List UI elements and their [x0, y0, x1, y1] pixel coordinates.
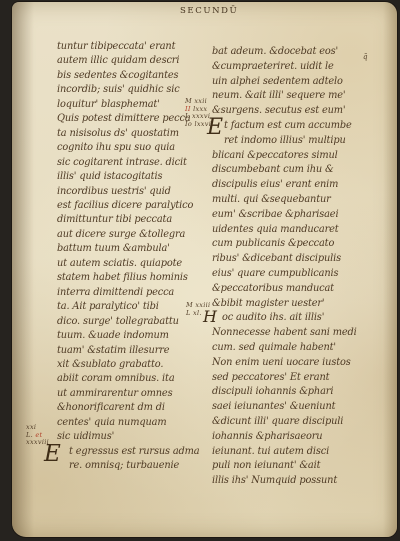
canon-number-line: Io lxxvi [185, 121, 211, 129]
text-line: sic cogitarent intrase. dicit [57, 156, 207, 170]
text-line: dico. surge' tollegrabattu [57, 315, 207, 329]
text-line: Nonnecesse habent sani medi [212, 326, 370, 341]
text-line: aut dicere surge &tollegra [57, 228, 207, 242]
manuscript-page: SECUNDŪ Etuntur tibipeccata' erantautem … [12, 2, 397, 537]
text-line: dimittuntur tibi peccata [57, 213, 207, 227]
text-line: ieiunant. tui autem disci [212, 445, 370, 460]
text-line: neum. &ait illi' sequere me' [212, 89, 370, 104]
text-line: ret indomo illius' multipu [212, 134, 370, 149]
text-line: &cumpraeteriret. uidit le [212, 60, 370, 75]
text-line: oc audito ihs. ait illis' [212, 311, 370, 326]
text-line: ribus' &dicebant discipulis [212, 252, 370, 267]
eusebian-canon-numbers-top: M xxiiII lxxxL xxxviIo lxxvi [185, 98, 211, 128]
text-line: ta nisisolus ds' quostatim [57, 127, 207, 141]
text-line: sed peccatores' Et erant [212, 371, 370, 386]
running-title: SECUNDŪ [180, 6, 270, 16]
text-line: re. omnisq; turbauenie [57, 459, 207, 473]
text-line: incordibus uestris' quid [57, 185, 207, 199]
text-line: saei ieiunantes' &ueniunt [212, 400, 370, 415]
text-line: cum. sed quimale habent' [212, 341, 370, 356]
text-line: &bibit magister uester' [212, 297, 370, 312]
text-line: tuntur tibipeccata' erant [57, 40, 207, 54]
text-line: bat adeum. &docebat eos' [212, 45, 370, 60]
text-line: &honorificarent dm di [57, 401, 207, 415]
text-line: t egressus est rursus adma [57, 445, 207, 459]
text-column-right: EHbat adeum. &docebat eos'&cumpraeterire… [212, 45, 370, 489]
text-line: ta. Ait paralytico' tibi [57, 300, 207, 314]
text-line: uidentes quia manducaret [212, 223, 370, 238]
text-line: est facilius dicere paralytico [57, 199, 207, 213]
text-line: statem habet filius hominis [57, 271, 207, 285]
text-line: illis' quid istacogitatis [57, 170, 207, 184]
canon-number-line: L xl. [186, 310, 210, 318]
text-line: Non enim ueni uocare iustos [212, 356, 370, 371]
text-line: interra dimittendi pecca [57, 286, 207, 300]
text-line: battum tuum &ambula' [57, 242, 207, 256]
text-line: bis sedentes &cogitantes [57, 69, 207, 83]
text-line: &peccatoribus manducat [212, 282, 370, 297]
text-line: sic uidimus' [57, 430, 207, 444]
text-line: uin alphei sedentem adtelo [212, 75, 370, 90]
text-line: discumbebant cum ihu & [212, 163, 370, 178]
text-line: iohannis &pharisaeoru [212, 430, 370, 445]
text-line: tuam' &statim illesurre [57, 344, 207, 358]
text-line: ut ammirarentur omnes [57, 387, 207, 401]
canon-number-line: xxxviii [26, 439, 49, 447]
text-line: multi. qui &sequebantur [212, 193, 370, 208]
text-line: centes' quia numquam [57, 416, 207, 430]
text-line: discipuli iohannis &phari [212, 385, 370, 400]
eusebian-canon-numbers-left: xxiL. etxxxviii [26, 424, 49, 447]
text-line: blicani &peccatores simul [212, 149, 370, 164]
text-line: eum' &scribae &pharisaei [212, 208, 370, 223]
text-line: discipulis eius' erant enim [212, 178, 370, 193]
text-line: xit &sublato grabatto. [57, 358, 207, 372]
text-line: tuum. &uade indomum [57, 329, 207, 343]
text-line: incordib; suis' quidhic sic [57, 83, 207, 97]
margin-correction-mark: q̃ [363, 53, 367, 61]
text-line: abiit coram omnibus. ita [57, 372, 207, 386]
text-line: autem illic quidam descri [57, 54, 207, 68]
text-line: ut autem sciatis. quiapote [57, 257, 207, 271]
text-line: eius' quare cumpublicanis [212, 267, 370, 282]
text-line: &surgens. secutus est eum' [212, 104, 370, 119]
text-line: &dicunt illi' quare discipuli [212, 415, 370, 430]
text-line: t factum est cum accumbe [212, 119, 370, 134]
text-line: puli non ieiunant' &ait [212, 459, 370, 474]
eusebian-canon-numbers-mid: M xxiiiL xl. [186, 302, 210, 317]
text-line: illis ihs' Numquid possunt [212, 474, 370, 489]
text-line: cognito ihu spu suo quia [57, 141, 207, 155]
text-line: cum publicanis &peccato [212, 237, 370, 252]
